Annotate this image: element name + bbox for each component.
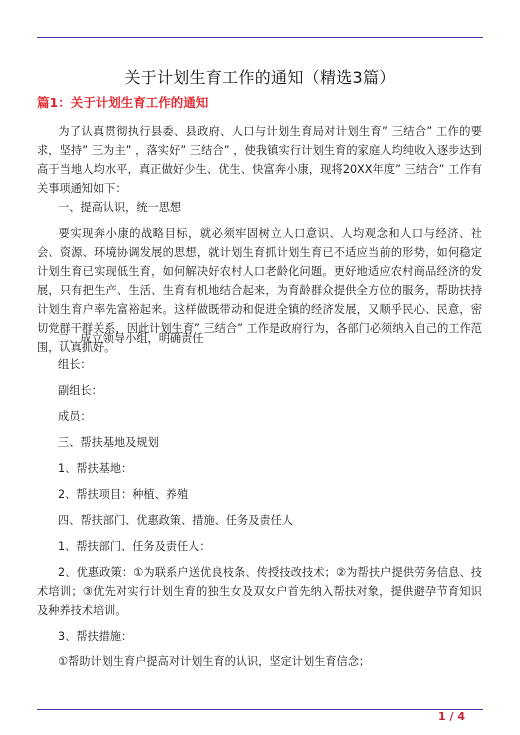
heading-2: 二、成立领导小组，明确责任 [58, 329, 203, 348]
support-dept-line: 1、帮扶部门、任务及责任人： [58, 537, 211, 556]
header-rule [37, 37, 483, 38]
paragraph-intro-text: 为了认真贯彻执行县委、县政府、人口与计划生育局对计划生育” 三结合” 工作的要求… [37, 125, 482, 195]
footer-rule [37, 709, 483, 710]
paragraph-policy: 2、优惠政策：①为联系户送优良枝条、传授技改技术；②为帮扶户提供劳务信息、技术培… [37, 563, 482, 620]
support-base-line: 1、帮扶基地： [58, 459, 132, 478]
heading-4: 四、帮扶部门、优惠政策、措施、任务及责任人 [58, 511, 293, 530]
heading-1: 一、提高认识，统一思想 [58, 198, 181, 217]
paragraph-intro: 为了认真贯彻执行县委、县政府、人口与计划生育局对计划生育” 三结合” 工作的要求… [37, 122, 482, 198]
members-line: 成员： [58, 407, 92, 426]
document-title: 关于计划生育工作的通知（精选3篇） [0, 66, 520, 90]
support-project-line: 2、帮扶项目：种植、养殖 [58, 485, 188, 504]
leader-line: 组长： [58, 355, 92, 374]
page-indicator: 1 / 4 [438, 709, 465, 725]
section-title: 篇1：关于计划生育工作的通知 [37, 94, 208, 112]
paragraph-policy-text: 2、优惠政策：①为联系户送优良枝条、传授技改技术；②为帮扶户提供劳务信息、技术培… [37, 566, 482, 617]
vice-leader-line: 副组长： [58, 381, 103, 400]
measures-line: 3、帮扶措施： [58, 627, 132, 646]
heading-3: 三、帮扶基地及规划 [58, 433, 159, 452]
measure-1-line: ①帮助计划生育户提高对计划生育的认识，坚定计划生育信念； [58, 652, 370, 671]
